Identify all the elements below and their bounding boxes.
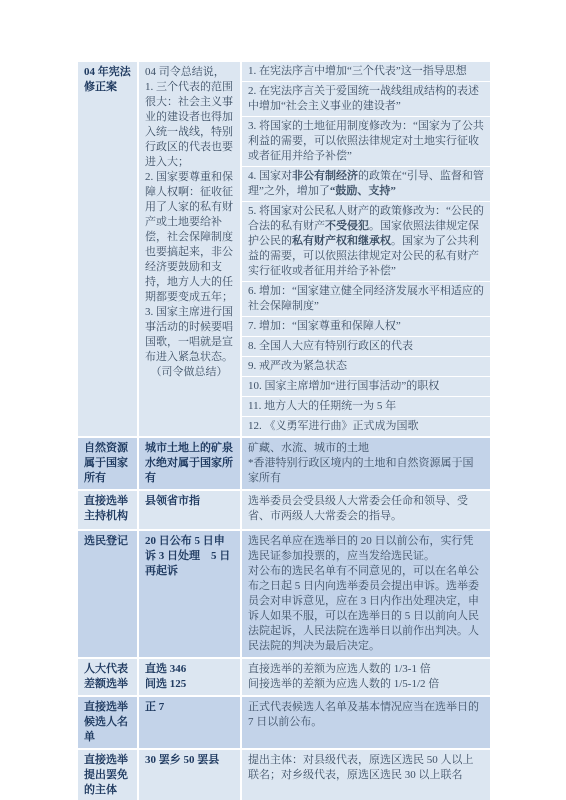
content-item: 6. 增加：“国家建立健全同经济发展水平相适应的社会保障制度” — [242, 282, 490, 316]
content-item: 1. 在宪法序言中增加“三个代表”这一指导思想 — [242, 62, 490, 81]
study-notes-table: 04 年宪法修正案04 司令总结说，1. 三个代表的范围很大：社会主义事业的建设… — [78, 62, 490, 800]
content-paragraph: 选民名单应在选举日的 20 日以前公布，实行凭选民证参加投票的，应当发给选民证。 — [248, 534, 484, 564]
content-paragraph: 10. 国家主席增加“进行国事活动”的职权 — [248, 379, 484, 394]
mnemonic-cell: 城市土地上的矿泉水绝对属于国家所有 — [139, 438, 240, 489]
content-item: 9. 戒严改为紧急状态 — [242, 357, 490, 376]
content-paragraph: 2. 在宪法序言关于爱国统一战线组成结构的表述中增加“社会主义事业的建设者” — [248, 84, 484, 114]
content-item: 12. 《义勇军进行曲》正式成为国歌 — [242, 417, 490, 436]
content-paragraph: 矿藏、水流、城市的土地 — [248, 441, 484, 456]
content-item: 7. 增加：“国家尊重和保障人权” — [242, 317, 490, 336]
row-label-text: 选民登记 — [84, 534, 131, 549]
row-label-text: 04 年宪法修正案 — [84, 65, 131, 95]
mnemonic-cell: 04 司令总结说，1. 三个代表的范围很大：社会主义事业的建设者也得加入统一战线… — [139, 62, 240, 436]
document-page: 04 年宪法修正案04 司令总结说，1. 三个代表的范围很大：社会主义事业的建设… — [0, 0, 566, 800]
mnemonic-paragraph: 县领省市指 — [145, 494, 234, 509]
content-item: 3. 将国家的土地征用制度修改为：“国家为了公共利益的需要，可以依照法律规定对土… — [242, 117, 490, 166]
content-paragraph: 3. 将国家的土地征用制度修改为：“国家为了公共利益的需要，可以依照法律规定对土… — [248, 119, 484, 164]
content-paragraph: 9. 戒严改为紧急状态 — [248, 359, 484, 374]
row-label-text: 直接选举主持机构 — [84, 494, 131, 524]
content-paragraph: 7. 增加：“国家尊重和保障人权” — [248, 319, 484, 334]
content-paragraph: 正式代表候选人名单及基本情况应当在选举日的 7 日以前公布。 — [248, 700, 484, 730]
content-paragraph: 6. 增加：“国家建立健全同经济发展水平相适应的社会保障制度” — [248, 284, 484, 314]
content-item: 2. 在宪法序言关于爱国统一战线组成结构的表述中增加“社会主义事业的建设者” — [242, 82, 490, 116]
content-paragraph: 5. 将国家对公民私人财产的政策修改为：“公民的合法的私有财产不受侵犯。国家依照… — [248, 204, 484, 279]
content-item: 4. 国家对非公有制经济的政策在“引导、监督和管理”之外，增加了“鼓励、支持” — [242, 167, 490, 201]
content-paragraph: 11. 地方人大的任期统一为 5 年 — [248, 399, 484, 414]
content-item: 10. 国家主席增加“进行国事活动”的职权 — [242, 377, 490, 396]
row-label-cell: 直接选举候选人名单 — [78, 697, 137, 748]
content-cell: 提出主体：对县级代表，原选区选民 50 人以上联名；对乡级代表，原选区选民 30… — [242, 750, 490, 800]
row-label-cell: 直接选举主持机构 — [78, 491, 137, 529]
mnemonic-paragraph: 20 日公布 5 日申诉 3 日处理 5 日再起诉 — [145, 534, 234, 579]
mnemonic-paragraph: （司令做总结） — [145, 365, 234, 380]
mnemonic-paragraph: 30 罢乡 50 罢县 — [145, 753, 234, 768]
content-cell: 直接选举的差额为应选人数的 1/3-1 倍间接选举的差额为应选人数的 1/5-1… — [242, 659, 490, 695]
content-cell: 选举委员会受县级人大常委会任命和领导、受省、市两级人大常委会的指导。 — [242, 491, 490, 529]
mnemonic-paragraph: 城市土地上的矿泉水绝对属于国家所有 — [145, 441, 234, 486]
content-cell: 正式代表候选人名单及基本情况应当在选举日的 7 日以前公布。 — [242, 697, 490, 748]
row-label-text: 自然资源属于国家所有 — [84, 441, 131, 486]
row-label-text: 直接选举候选人名单 — [84, 700, 131, 745]
row-label-cell: 04 年宪法修正案 — [78, 62, 137, 436]
content-paragraph: *香港特别行政区境内的土地和自然资源属于国家所有 — [248, 456, 484, 486]
content-paragraph: 选举委员会受县级人大常委会任命和领导、受省、市两级人大常委会的指导。 — [248, 494, 484, 524]
content-item: 11. 地方人大的任期统一为 5 年 — [242, 397, 490, 416]
content-paragraph: 提出主体：对县级代表，原选区选民 50 人以上联名；对乡级代表，原选区选民 30… — [248, 753, 484, 783]
row-label-cell: 人大代表差额选举 — [78, 659, 137, 695]
mnemonic-cell: 县领省市指 — [139, 491, 240, 529]
content-paragraph: 间接选举的差额为应选人数的 1/5-1/2 倍 — [248, 677, 484, 692]
content-paragraph: 4. 国家对非公有制经济的政策在“引导、监督和管理”之外，增加了“鼓励、支持” — [248, 169, 484, 199]
content-paragraph: 直接选举的差额为应选人数的 1/3-1 倍 — [248, 662, 484, 677]
content-item: 8. 全国人大应有特别行政区的代表 — [242, 337, 490, 356]
mnemonic-cell: 直选 346间选 125 — [139, 659, 240, 695]
mnemonic-paragraph: 1. 三个代表的范围很大：社会主义事业的建设者也得加入统一战线，特别行政区的代表… — [145, 80, 234, 170]
content-paragraph: 12. 《义勇军进行曲》正式成为国歌 — [248, 419, 484, 434]
mnemonic-paragraph: 直选 346 — [145, 662, 234, 677]
mnemonic-cell: 30 罢乡 50 罢县 — [139, 750, 240, 800]
mnemonic-paragraph: 间选 125 — [145, 677, 234, 692]
row-label-text: 直接选举提出罢免的主体 — [84, 753, 131, 798]
mnemonic-paragraph: 2. 国家要尊重和保障人权啊：征收征用了人家的私有财产或土地要给补偿，社会保障制… — [145, 170, 234, 305]
row-label-cell: 自然资源属于国家所有 — [78, 438, 137, 489]
content-stack: 1. 在宪法序言中增加“三个代表”这一指导思想2. 在宪法序言关于爱国统一战线组… — [242, 62, 490, 436]
mnemonic-cell: 正 7 — [139, 697, 240, 748]
row-label-text: 人大代表差额选举 — [84, 662, 131, 692]
content-paragraph: 1. 在宪法序言中增加“三个代表”这一指导思想 — [248, 64, 484, 79]
row-label-cell: 直接选举提出罢免的主体 — [78, 750, 137, 800]
mnemonic-paragraph: 04 司令总结说， — [145, 65, 234, 80]
mnemonic-paragraph: 正 7 — [145, 700, 234, 715]
content-cell: 选民名单应在选举日的 20 日以前公布，实行凭选民证参加投票的，应当发给选民证。… — [242, 531, 490, 657]
content-paragraph: 8. 全国人大应有特别行政区的代表 — [248, 339, 484, 354]
row-label-cell: 选民登记 — [78, 531, 137, 657]
mnemonic-cell: 20 日公布 5 日申诉 3 日处理 5 日再起诉 — [139, 531, 240, 657]
mnemonic-paragraph: 3. 国家主席进行国事活动的时候要唱国歌，一唱就是宣布进入紧急状态。 — [145, 305, 234, 365]
content-cell: 矿藏、水流、城市的土地*香港特别行政区境内的土地和自然资源属于国家所有 — [242, 438, 490, 489]
content-paragraph: 对公布的选民名单有不同意见的，可以在名单公布之日起 5 日内向选举委员会提出申诉… — [248, 564, 484, 654]
content-item: 5. 将国家对公民私人财产的政策修改为：“公民的合法的私有财产不受侵犯。国家依照… — [242, 202, 490, 281]
